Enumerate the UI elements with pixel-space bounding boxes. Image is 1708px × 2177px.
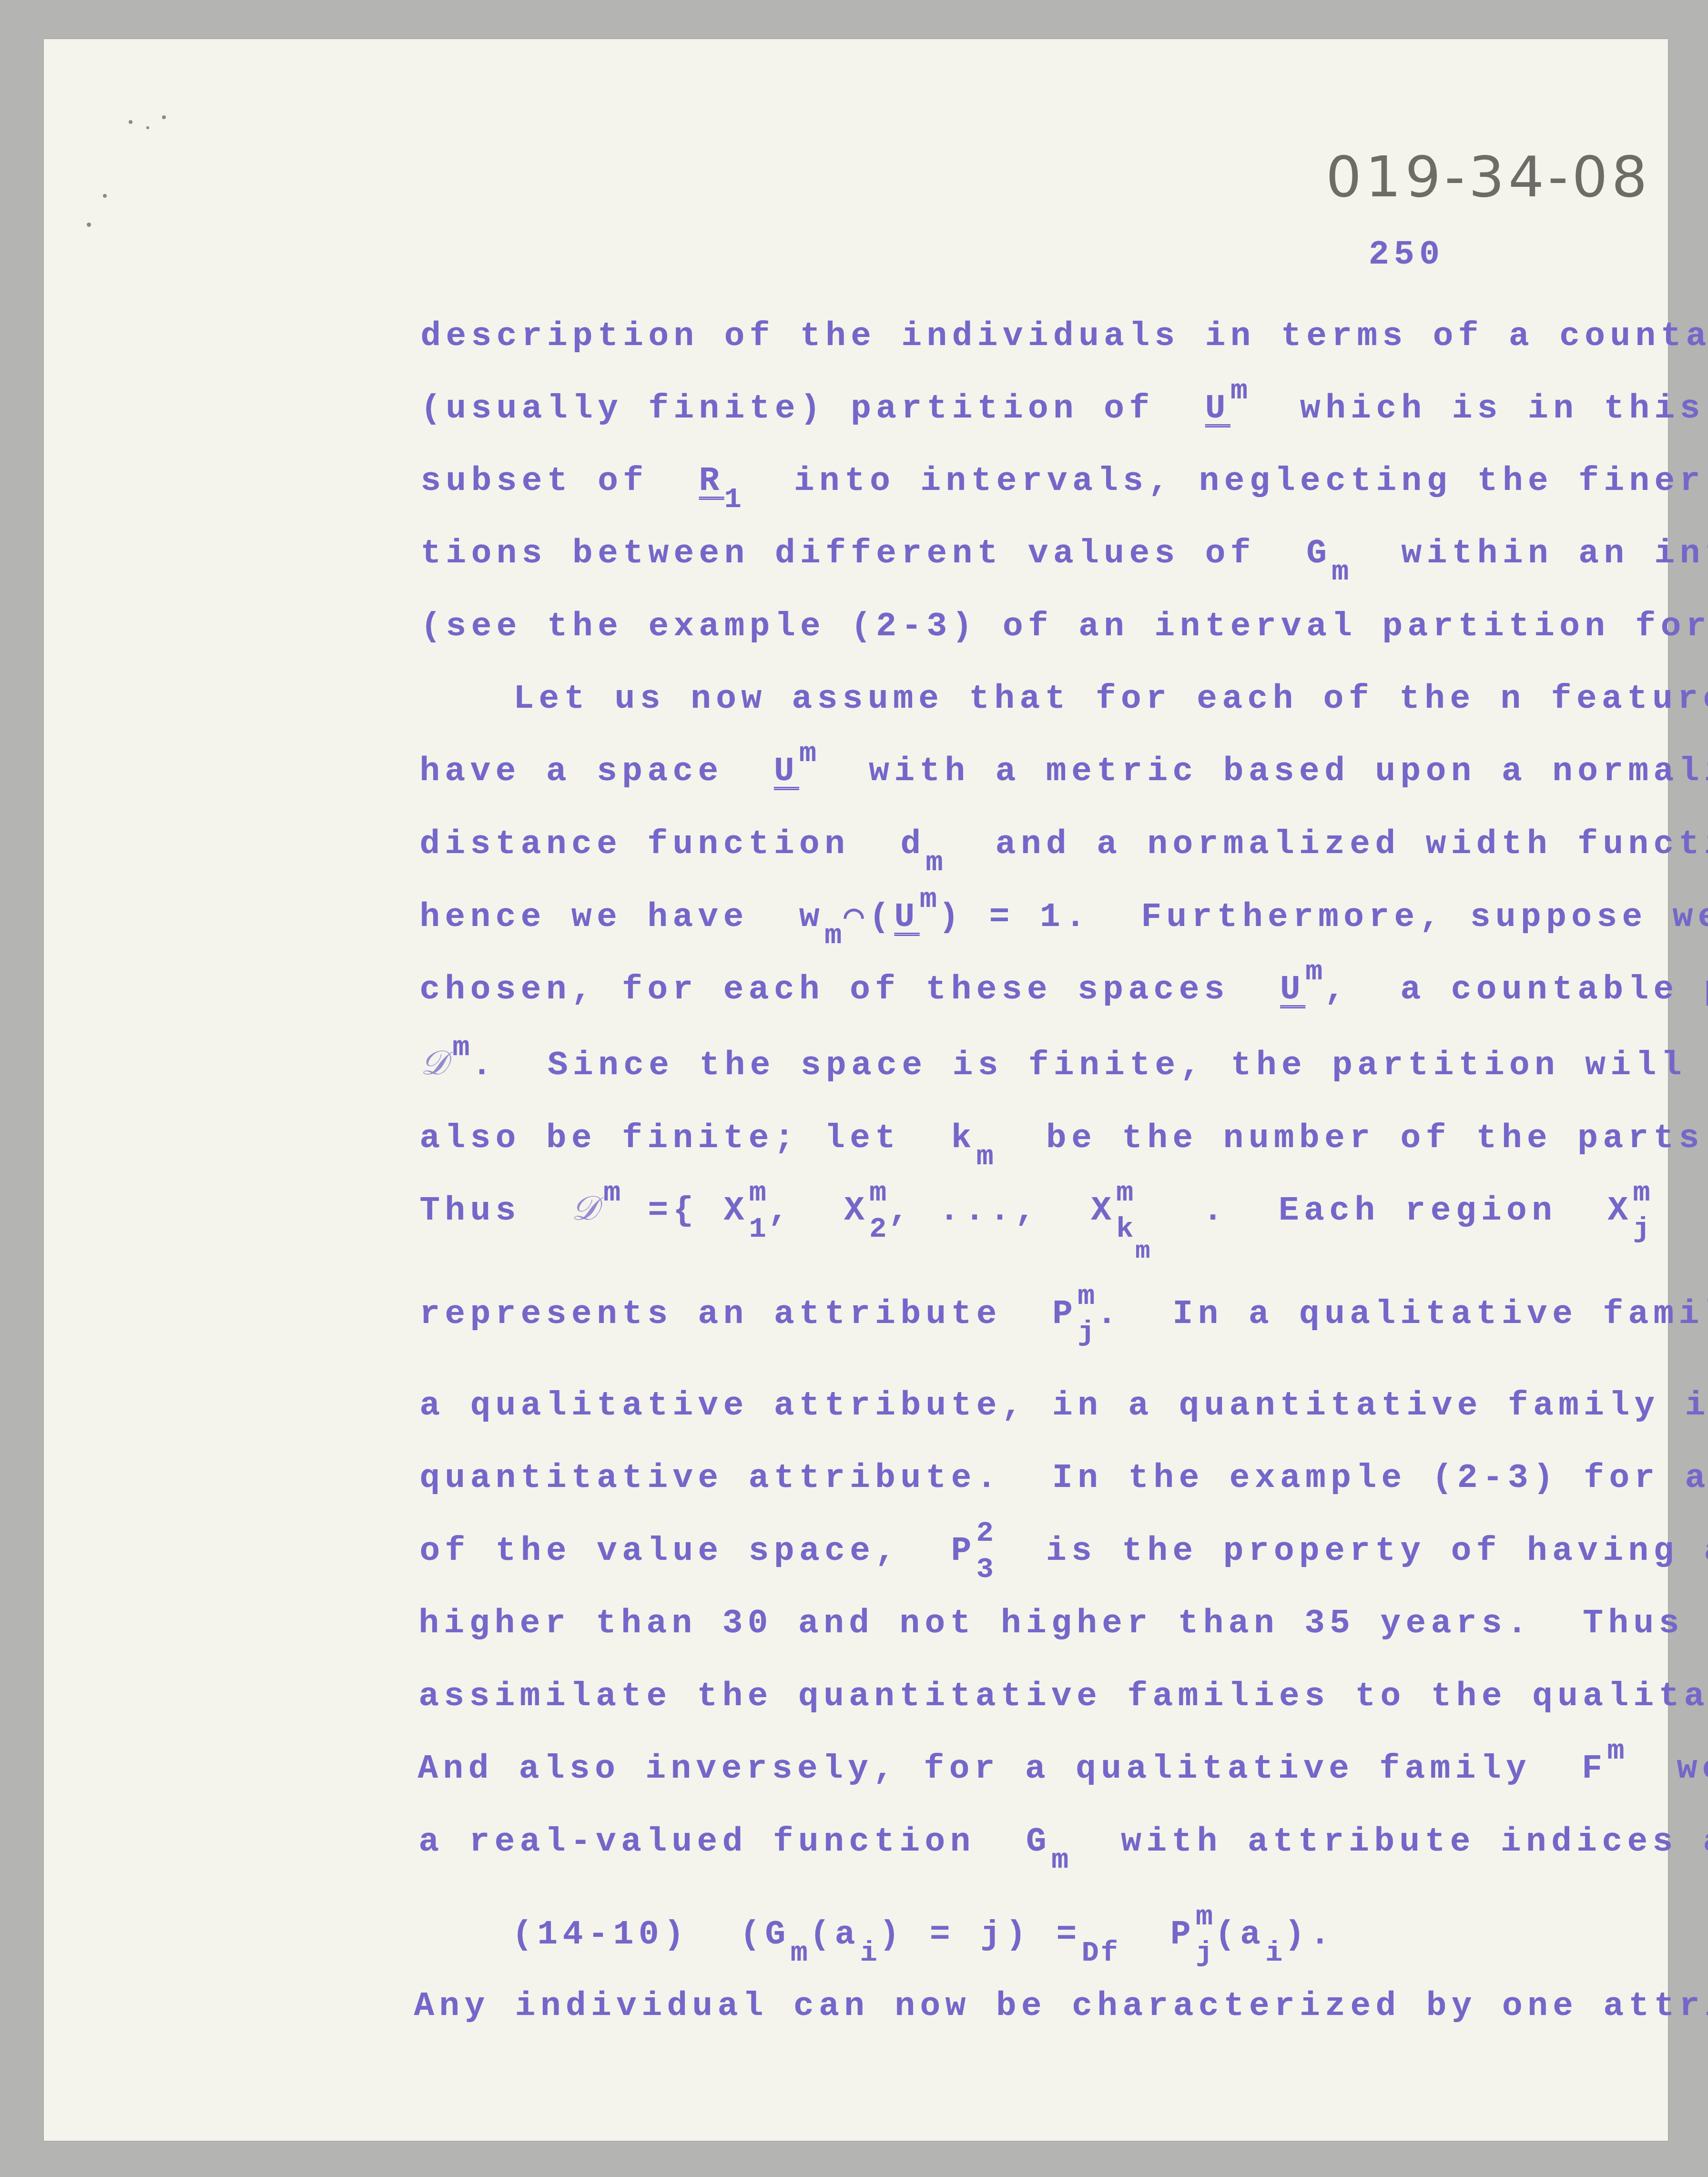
symbol-U: U	[1280, 971, 1305, 1009]
symbol-G: G	[1306, 535, 1332, 573]
symbol-d: d	[900, 825, 925, 864]
script-D-symbol: 𝒟	[420, 1043, 452, 1082]
symbol-R: R	[699, 462, 724, 500]
symbol-k: k	[951, 1119, 976, 1158]
symbol-U: U	[774, 753, 799, 791]
document-page: 019-34-08 250 description of the individ…	[44, 39, 1668, 2141]
symbol-G: G	[1026, 1823, 1051, 1861]
symbol-P: P	[1170, 1916, 1196, 1954]
symbol-U: U	[895, 898, 920, 936]
symbol-w: w	[799, 898, 824, 936]
symbol-F: F	[1582, 1750, 1607, 1788]
text-line-21: a real-valued function Gm with attribute…	[317, 1791, 1708, 1893]
text-line-13: Thus 𝒟m ={ Xm1, Xm2, ..., Xmkm . Each re…	[318, 1157, 1652, 1262]
page-number: 250	[1369, 238, 1444, 272]
paper-speck	[129, 120, 132, 124]
text-line-23: Any individual can now be characterized …	[313, 1956, 1708, 2057]
paper-speck	[146, 126, 149, 129]
paper-speck	[87, 223, 91, 227]
archive-id-handwritten: 019-34-08	[1326, 144, 1651, 210]
symbol-G: G	[765, 1916, 791, 1954]
paper-speck	[103, 194, 107, 198]
symbol-P: P	[951, 1532, 976, 1570]
arc-symbol: ⌒	[844, 898, 869, 936]
symbol-P: P	[1052, 1295, 1078, 1333]
script-D-symbol: 𝒟	[571, 1188, 603, 1228]
text-line-14: represents an attribute Pmj. In a qualit…	[318, 1264, 1708, 1365]
symbol-U: U	[1205, 390, 1230, 428]
paper-speck	[162, 115, 166, 119]
